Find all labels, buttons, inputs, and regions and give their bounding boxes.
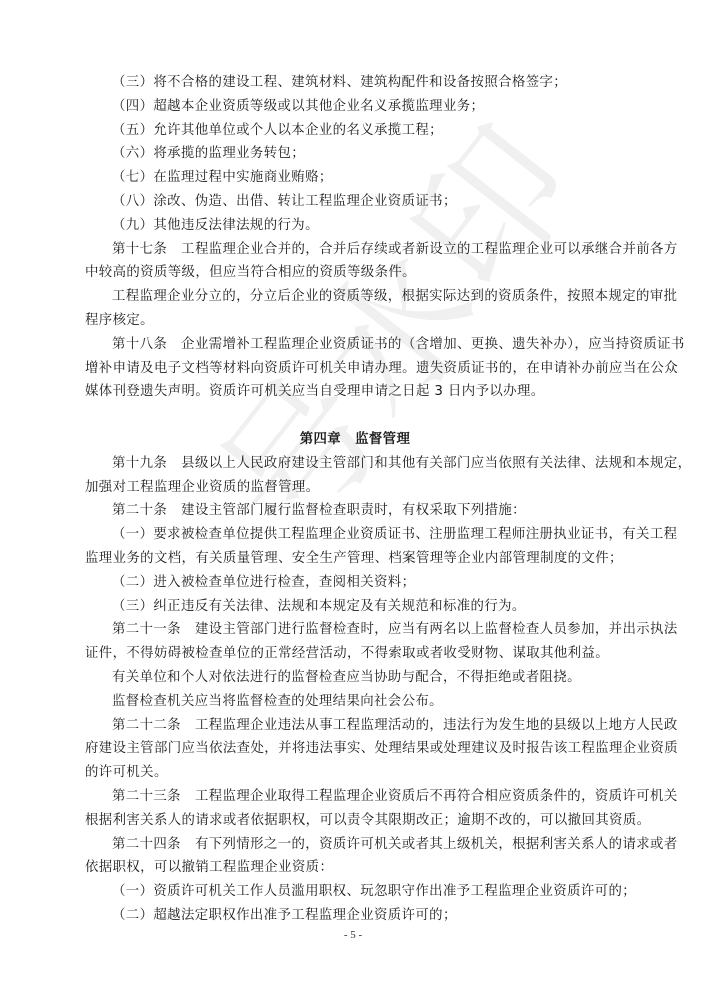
article-label: 第二十二条 [112, 718, 181, 733]
list-item: （六）将承揽的监理业务转包； [85, 142, 625, 166]
article-text: 有关单位和个人对依法进行的监督检查应当协助与配合，不得拒绝或者阻挠。 [85, 666, 625, 690]
article-text: 有下列情形之一的，资质许可机关或者其上级机关，根据利害关系人的请求或者 [195, 837, 678, 852]
article-text: 县级以上人民政府建设主管部门和其他有关部门应当依照有关法律、法规和本规定， [181, 456, 691, 471]
article-18: 第十八条企业需增补工程监理企业资质证书的（含增加、更换、遗失补办），应当持资质证… [85, 333, 625, 404]
article-text: 建设主管部门进行监督检查时，应当有两名以上监督检查人员参加，并出示执法 [195, 622, 678, 637]
list-item: （一）资质许可机关工作人员滥用职权、玩忽职守作出准予工程监理企业资质许可的； [85, 880, 625, 904]
document-body: （三）将不合格的建设工程、建筑材料、建筑构配件和设备按照合格签字； （四）超越本… [85, 71, 625, 928]
article-21: 第二十一条建设主管部门进行监督检查时，应当有两名以上监督检查人员参加，并出示执法… [85, 618, 625, 713]
document-page: 号水印 （三）将不合格的建设工程、建筑材料、建筑构配件和设备按照合格签字； （四… [0, 0, 706, 1000]
article-text: 府建设主管部门应当依法查处，并将违法事实、处理结果或处理建议及时报告该工程监理企… [85, 737, 625, 761]
list-item: （三）将不合格的建设工程、建筑材料、建筑构配件和设备按照合格签字； [85, 71, 625, 95]
article-text: 建设主管部门履行监督检查职责时，有权采取下列措施： [181, 503, 526, 518]
spacer [85, 404, 625, 428]
article-text: 加强对工程监理企业资质的监督管理。 [85, 476, 625, 500]
article-label: 第二十四条 [112, 837, 181, 852]
article-text: 增补申请及电子文档等材料向资质许可机关申请办理。遗失资质证书的，在申请补办前应当… [85, 357, 625, 381]
article-text: 监督检查机关应当将监督检查的处理结果向社会公布。 [85, 690, 625, 714]
list-item: （一）要求被检查单位提供工程监理企业资质证书、注册监理工程师注册执业证书，有关工… [85, 523, 625, 547]
article-text: 企业需增补工程监理企业资质证书的（含增加、更换、遗失补办），应当持资质证书 [181, 337, 685, 352]
article-20: 第二十条建设主管部门履行监督检查职责时，有权采取下列措施： （一）要求被检查单位… [85, 499, 625, 618]
list-item: （五）允许其他单位或个人以本企业的名义承揽工程； [85, 119, 625, 143]
article-23: 第二十三条工程监理企业取得工程监理企业资质后不再符合相应资质条件的，资质许可机关… [85, 785, 625, 833]
article-text: 工程监理企业违法从事工程监理活动的，违法行为发生地的县级以上地方人民政 [195, 718, 678, 733]
article-text: 程序核定。 [85, 309, 625, 333]
list-item: （二）超越法定职权作出准予工程监理企业资质许可的； [85, 904, 625, 928]
article-label: 第二十三条 [112, 789, 181, 804]
article-label: 第二十一条 [112, 622, 181, 637]
list-item: （三）纠正违反有关法律、法规和本规定及有关规范和标准的行为。 [85, 595, 625, 619]
list-item: 监理业务的文档，有关质量管理、安全生产管理、档案管理等企业内部管理制度的文件； [85, 547, 625, 571]
article-label: 第十八条 [112, 337, 167, 352]
article-22: 第二十二条工程监理企业违法从事工程监理活动的，违法行为发生地的县级以上地方人民政… [85, 714, 625, 785]
article-19: 第十九条县级以上人民政府建设主管部门和其他有关部门应当依照有关法律、法规和本规定… [85, 452, 625, 500]
article-label: 第十七条 [112, 242, 167, 257]
article-text: 证件，不得妨碍被检查单位的正常经营活动，不得索取或者收受财物、谋取其他利益。 [85, 642, 625, 666]
article-text: 工程监理企业取得工程监理企业资质后不再符合相应资质条件的，资质许可机关 [195, 789, 678, 804]
article-17: 第十七条工程监理企业合并的，合并后存续或者新设立的工程监理企业可以承继合并前各方… [85, 238, 625, 333]
article-text: 中较高的资质等级，但应当符合相应的资质等级条件。 [85, 261, 625, 285]
article-text: 依据职权，可以撤销工程监理企业资质： [85, 856, 625, 880]
article-label: 第二十条 [112, 503, 167, 518]
article-text: 媒体刊登遗失声明。资质许可机关应当自受理申请之日起 3 日内予以办理。 [85, 380, 625, 404]
list-item: （七）在监理过程中实施商业贿赂； [85, 166, 625, 190]
list-item: （二）进入被检查单位进行检查，查阅相关资料； [85, 571, 625, 595]
article-text: 工程监理企业分立的，分立后企业的资质等级，根据实际达到的资质条件，按照本规定的审… [85, 285, 625, 309]
list-item: （八）涂改、伪造、出借、转让工程监理企业资质证书； [85, 190, 625, 214]
list-item: （九）其他违反法律法规的行为。 [85, 214, 625, 238]
list-item: （四）超越本企业资质等级或以其他企业名义承揽监理业务； [85, 95, 625, 119]
article-text: 工程监理企业合并的，合并后存续或者新设立的工程监理企业可以承继合并前各方 [181, 242, 677, 257]
chapter-heading: 第四章监督管理 [85, 428, 625, 452]
page-number: - 5 - [0, 929, 706, 941]
article-label: 第十九条 [112, 456, 167, 471]
article-text: 根据利害关系人的请求或者依据职权，可以责令其限期改正；逾期不改的，可以撤回其资质… [85, 809, 625, 833]
article-24: 第二十四条有下列情形之一的，资质许可机关或者其上级机关，根据利害关系人的请求或者… [85, 833, 625, 928]
article-text: 的许可机关。 [85, 761, 625, 785]
